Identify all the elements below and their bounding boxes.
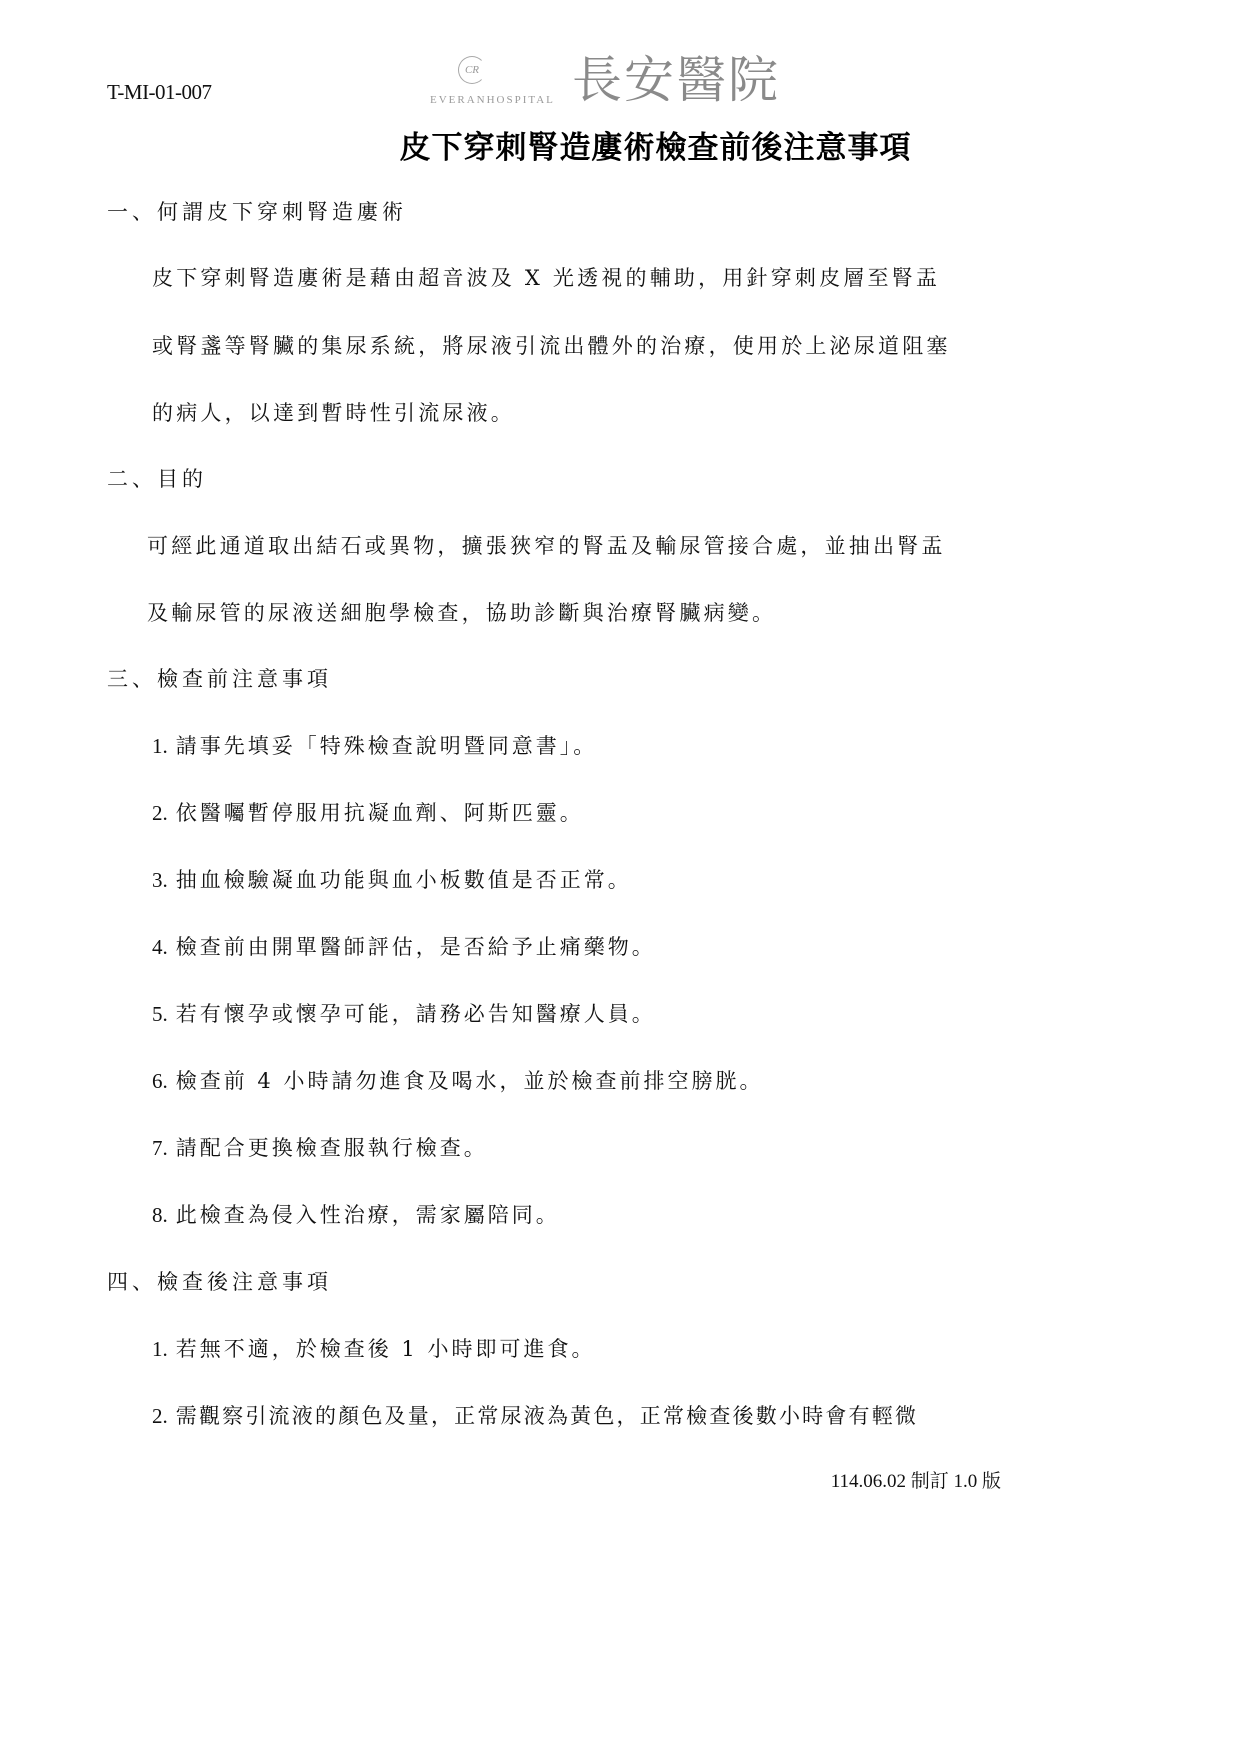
list-item: 8.此檢查為侵入性治療，需家屬陪同。 xyxy=(152,1199,560,1229)
paragraph-line: 或腎盞等腎臟的集尿系統，將尿液引流出體外的治療，使用於上泌尿道阻塞 xyxy=(152,330,951,360)
list-item-number: 7. xyxy=(152,1136,168,1160)
list-item-number: 6. xyxy=(152,1069,168,1093)
list-item-text: 需觀察引流液的顏色及量，正常尿液為黃色，正常檢查後數小時會有輕微 xyxy=(176,1404,918,1428)
paragraph-line: 的病人，以達到暫時性引流尿液。 xyxy=(152,397,515,427)
paragraph-line: 皮下穿刺腎造廔術是藉由超音波及 X 光透視的輔助，用針穿刺皮層至腎盂 xyxy=(152,262,940,292)
section-heading-purpose: 二、目的 xyxy=(107,463,207,493)
list-item: 1.請事先填妥「特殊檢查說明暨同意書」。 xyxy=(152,730,597,760)
list-item: 6.檢查前 4 小時請勿進食及喝水，並於檢查前排空膀胱。 xyxy=(152,1065,763,1095)
document-code: T-MI-01-007 xyxy=(107,80,212,105)
list-item: 3.抽血檢驗凝血功能與血小板數值是否正常。 xyxy=(152,864,632,894)
hospital-emblem-icon: CR xyxy=(458,56,486,84)
list-item-text: 若無不適，於檢查後 1 小時即可進食。 xyxy=(176,1337,596,1361)
list-item-number: 2. xyxy=(152,801,168,825)
paragraph-line: 可經此通道取出結石或異物，擴張狹窄的腎盂及輸尿管接合處，並抽出腎盂 xyxy=(147,530,946,560)
logo-chinese-name: 長安醫院 xyxy=(572,50,780,110)
list-item: 5.若有懷孕或懷孕可能，請務必告知醫療人員。 xyxy=(152,998,656,1028)
list-item-text: 請配合更換檢查服執行檢查。 xyxy=(176,1136,488,1160)
list-item-text: 抽血檢驗凝血功能與血小板數值是否正常。 xyxy=(176,868,632,892)
hospital-logo: CR EVERANHOSPITAL 長安醫院 xyxy=(430,50,840,120)
list-item: 1.若無不適，於檢查後 1 小時即可進食。 xyxy=(152,1333,595,1363)
list-item-text: 依醫囑暫停服用抗凝血劑、阿斯匹靈。 xyxy=(176,801,584,825)
list-item-number: 8. xyxy=(152,1203,168,1227)
list-item-number: 4. xyxy=(152,935,168,959)
list-item-number: 3. xyxy=(152,868,168,892)
list-item-number: 1. xyxy=(152,1337,168,1361)
section-heading-post-exam: 四、檢查後注意事項 xyxy=(107,1266,332,1296)
list-item-text: 請事先填妥「特殊檢查說明暨同意書」。 xyxy=(176,734,598,758)
list-item-number: 2. xyxy=(152,1404,168,1428)
list-item-number: 5. xyxy=(152,1002,168,1026)
section-heading-definition: 一、何謂皮下穿刺腎造廔術 xyxy=(107,196,407,226)
list-item: 7.請配合更換檢查服執行檢查。 xyxy=(152,1132,488,1162)
revision-footer: 114.06.02 制訂 1.0 版 xyxy=(831,1466,1001,1493)
page-title: 皮下穿刺腎造廔術檢查前後注意事項 xyxy=(0,122,1241,167)
logo-english-name: EVERANHOSPITAL xyxy=(430,94,555,106)
paragraph-line: 及輸尿管的尿液送細胞學檢查，協助診斷與治療腎臟病變。 xyxy=(147,597,776,627)
list-item: 2.需觀察引流液的顏色及量，正常尿液為黃色，正常檢查後數小時會有輕微 xyxy=(152,1400,918,1430)
list-item-text: 檢查前由開單醫師評估，是否給予止痛藥物。 xyxy=(176,935,656,959)
list-item-text: 若有懷孕或懷孕可能，請務必告知醫療人員。 xyxy=(176,1002,656,1026)
list-item: 4.檢查前由開單醫師評估，是否給予止痛藥物。 xyxy=(152,931,656,961)
list-item-text: 此檢查為侵入性治療，需家屬陪同。 xyxy=(176,1203,560,1227)
list-item-number: 1. xyxy=(152,734,168,758)
list-item: 2.依醫囑暫停服用抗凝血劑、阿斯匹靈。 xyxy=(152,797,584,827)
section-heading-pre-exam: 三、檢查前注意事項 xyxy=(107,663,332,693)
list-item-text: 檢查前 4 小時請勿進食及喝水，並於檢查前排空膀胱。 xyxy=(176,1069,764,1093)
